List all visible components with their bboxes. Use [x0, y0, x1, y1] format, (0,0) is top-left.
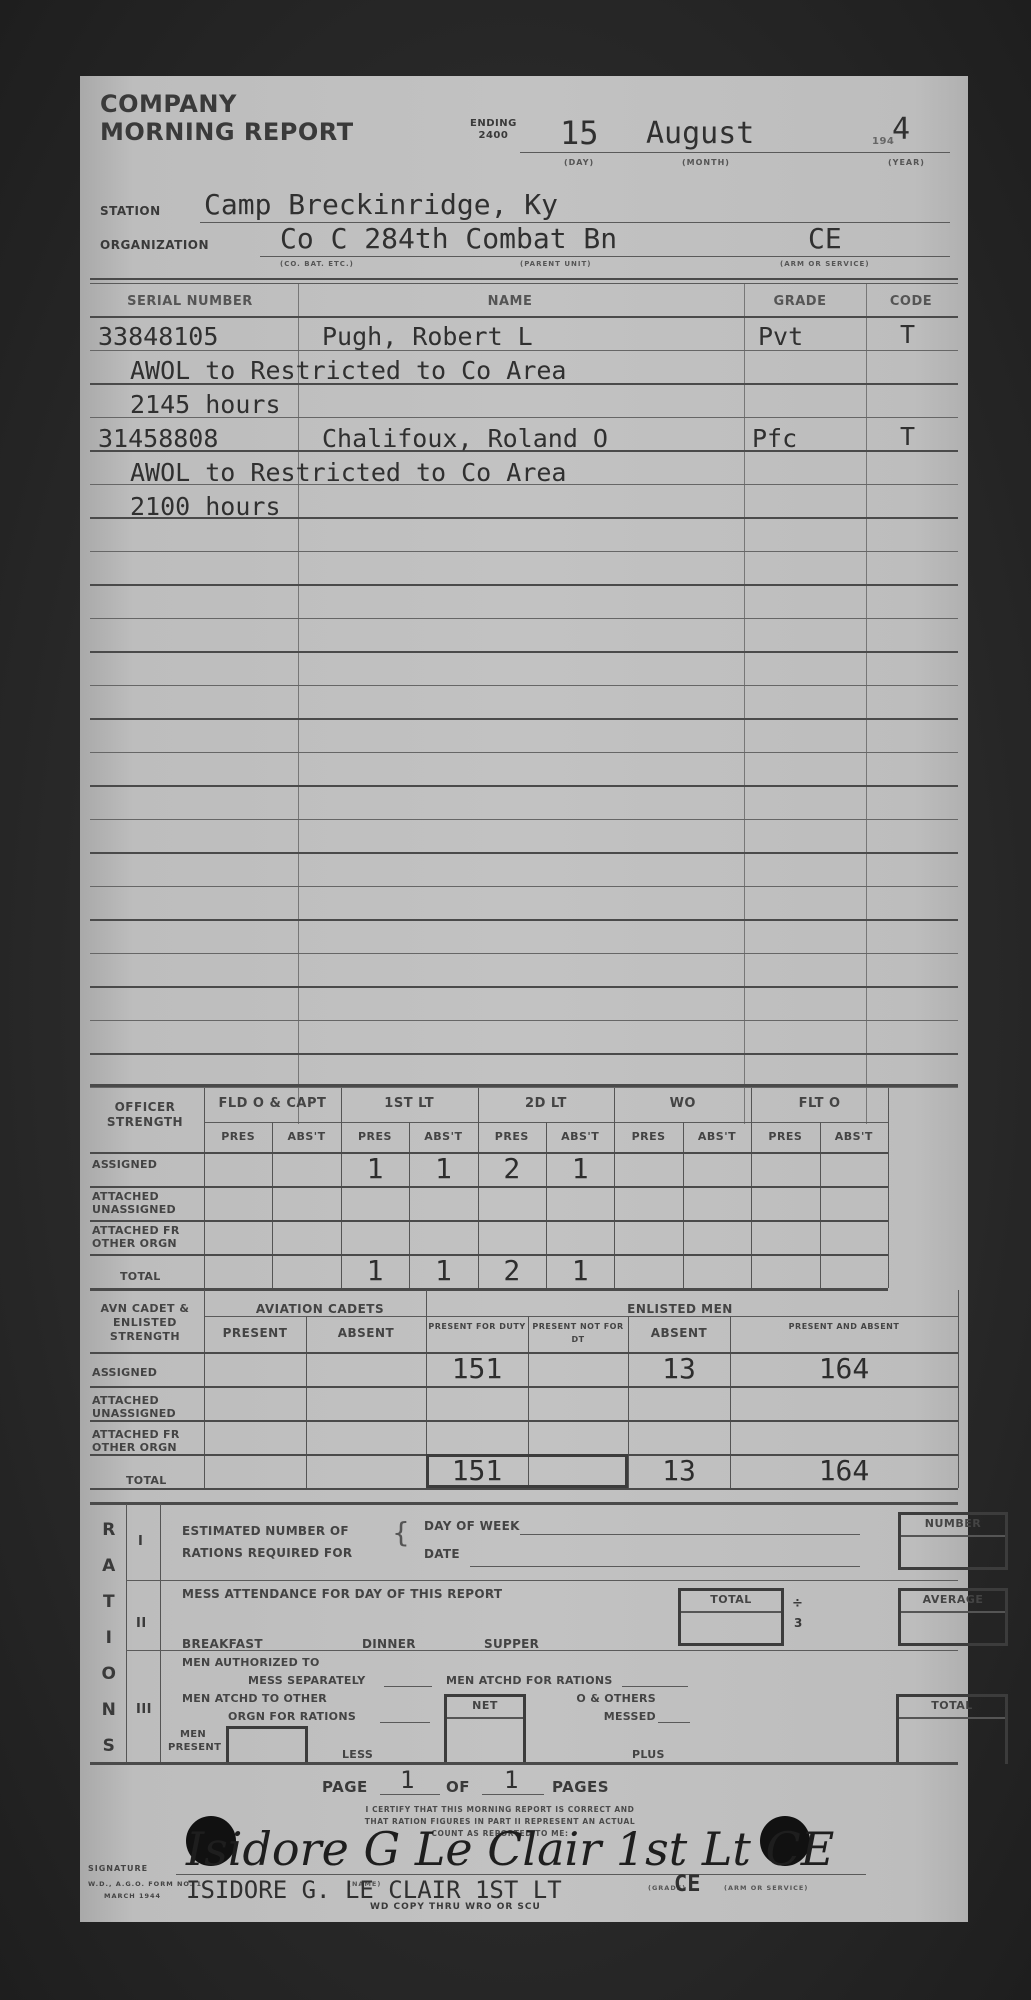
section-i-label-2: RATIONS REQUIRED FOR: [182, 1542, 352, 1564]
org-sublabel-arm-service: (ARM OR SERVICE): [780, 260, 870, 268]
number-box-label: NUMBER: [901, 1517, 1005, 1530]
enlisted-cell: 164: [730, 1454, 958, 1487]
men-present-box[interactable]: [226, 1726, 308, 1764]
ledger-rule: [90, 919, 958, 921]
ending-label-2: 2400: [470, 130, 517, 142]
rations-letter: N: [94, 1692, 124, 1728]
org-sublabel-parent-unit: (PARENT UNIT): [520, 260, 591, 268]
mess-attendance-title: MESS ATTENDANCE FOR DAY OF THIS REPORT: [182, 1588, 502, 1601]
enlisted-subheader: ABSENT: [306, 1326, 426, 1340]
men-authorized-label-1: MEN AUTHORIZED TO: [182, 1656, 320, 1669]
section-iii-numeral: III: [136, 1702, 152, 1717]
officer-row-attached-unassigned: ATTACHED UNASSIGNED: [92, 1190, 192, 1216]
table-top-rule: [90, 278, 958, 280]
officer-row-rule: [90, 1220, 888, 1222]
officer-subheader: PRES: [478, 1130, 546, 1143]
ending-label: ENDING 2400: [470, 118, 517, 142]
rations-letter-divider: [126, 1504, 127, 1762]
men-present-label-2: PRESENT: [168, 1741, 218, 1754]
officer-cell: 2: [478, 1254, 546, 1287]
entry-2-remark: AWOL to Restricted to Co Area: [130, 458, 567, 487]
enlisted-row-attached-other: ATTACHED FR OTHER ORGN: [92, 1428, 192, 1454]
rations-letter: S: [94, 1728, 124, 1764]
pages-label: PAGES: [552, 1778, 609, 1796]
officer-subheader: PRES: [614, 1130, 682, 1143]
date-underline: [520, 152, 950, 153]
station-value: Camp Breckinridge, Ky: [204, 188, 558, 221]
o-others-label-1: O & OTHERS: [566, 1692, 656, 1705]
o-others-messed-field[interactable]: [658, 1722, 690, 1723]
men-authorized-label-2: MESS SEPARATELY: [248, 1674, 366, 1687]
entry-2-code: T: [900, 422, 915, 451]
officer-subheader: PRES: [751, 1130, 819, 1143]
attendance-total-divider: [681, 1611, 781, 1613]
date-field[interactable]: [470, 1566, 860, 1567]
header-grade: GRADE: [740, 294, 860, 309]
date-label: DATE: [424, 1548, 460, 1561]
ledger-rule: [90, 886, 958, 887]
section-i-bottom-rule: [126, 1580, 958, 1581]
enlisted-men-header: ENLISTED MEN: [580, 1302, 780, 1316]
officer-row-rule: [90, 1186, 888, 1188]
wd-copy-note: WD COPY THRU WRO OR SCU: [370, 1902, 541, 1912]
ledger-rule: [90, 618, 958, 619]
officer-col-rule: [751, 1088, 752, 1288]
officer-subheader: ABS'T: [546, 1130, 614, 1143]
net-box[interactable]: NET: [444, 1694, 526, 1764]
entry-1-serial: 33848105: [98, 322, 218, 351]
enlisted-col-rule: [958, 1290, 959, 1488]
entry-1-grade: Pvt: [758, 322, 803, 351]
men-atchd-other-label-2: ORGN FOR RATIONS: [228, 1710, 356, 1723]
average-box-label: AVERAGE: [901, 1593, 1005, 1606]
rations-letter: A: [94, 1548, 124, 1584]
ledger-rule: [90, 819, 958, 820]
average-box[interactable]: AVERAGE: [898, 1588, 1008, 1646]
men-present-label: MEN PRESENT: [168, 1728, 218, 1754]
rations-top-rule: [90, 1502, 958, 1505]
col-divider-code: [866, 284, 867, 1124]
header-serial-number: SERIAL NUMBER: [100, 294, 280, 309]
enlisted-row-total: TOTAL: [126, 1474, 167, 1487]
enlisted-row-assigned: ASSIGNED: [92, 1366, 157, 1379]
o-others-label-2: MESSED: [566, 1710, 656, 1723]
org-sublabel-company: (CO. BAT. ETC.): [280, 260, 354, 268]
officer-strength-top-rule: [90, 1084, 958, 1087]
certify-line-1: I CERTIFY THAT THIS MORNING REPORT IS CO…: [280, 1804, 720, 1816]
enlisted-cell: 164: [730, 1352, 958, 1385]
organization-underline: [260, 256, 950, 257]
officer-group-3: WO: [614, 1096, 751, 1111]
officer-row-rule: [90, 1288, 888, 1291]
enlisted-subheader: ABSENT: [628, 1326, 730, 1340]
officer-row-total: TOTAL: [120, 1270, 161, 1283]
rations-numeral-divider: [160, 1504, 161, 1762]
page-label: PAGE: [322, 1778, 368, 1796]
morning-report-card: COMPANY MORNING REPORT ENDING 2400 15 Au…: [80, 76, 968, 1922]
section-ii-numeral: II: [136, 1616, 147, 1631]
day-value: 15: [560, 114, 599, 152]
officer-cell: 1: [409, 1152, 477, 1185]
ending-label-1: ENDING: [470, 118, 517, 130]
section-iii-total-label: TOTAL: [899, 1699, 1005, 1712]
typed-officer-name: ISIDORE G. LE CLAIR 1ST LT: [186, 1876, 562, 1904]
page-count-underline: [482, 1794, 544, 1795]
ledger-rule: [90, 718, 958, 720]
organization-value: Co C 284th Combat Bn: [280, 222, 617, 255]
officer-group-4: FLT O: [751, 1096, 888, 1111]
entry-2-time: 2100 hours: [130, 492, 281, 521]
section-ii-bottom-rule: [126, 1650, 958, 1651]
attendance-total-box[interactable]: TOTAL: [678, 1588, 784, 1646]
officer-col-rule: [888, 1088, 889, 1288]
officer-subheader: ABS'T: [272, 1130, 340, 1143]
ledger-rule: [90, 986, 958, 988]
enlisted-group-rule: [204, 1316, 958, 1317]
col-divider-name: [298, 284, 299, 1124]
entry-1-code: T: [900, 320, 915, 349]
day-of-week-field[interactable]: [520, 1534, 860, 1535]
officer-cell: 1: [546, 1254, 614, 1287]
less-label: LESS: [342, 1748, 373, 1761]
divide-icon: ÷: [792, 1596, 803, 1611]
enlisted-cell: 13: [628, 1454, 730, 1487]
officer-group-1: 1ST LT: [341, 1096, 478, 1111]
officer-group-2: 2D LT: [478, 1096, 615, 1111]
brace-icon: {: [392, 1516, 410, 1549]
organization-label: ORGANIZATION: [100, 238, 209, 252]
entry-1-time: 2145 hours: [130, 390, 281, 419]
section-iii-total-box[interactable]: TOTAL: [896, 1694, 1008, 1764]
enlisted-cell: 151: [426, 1352, 528, 1385]
enlisted-row-rule: [90, 1386, 958, 1388]
enlisted-cell: 151: [426, 1454, 528, 1487]
rations-letter: O: [94, 1656, 124, 1692]
number-box-divider: [901, 1535, 1005, 1537]
title-line-2: MORNING REPORT: [100, 118, 354, 146]
average-box-divider: [901, 1611, 1005, 1613]
officer-cell: 1: [546, 1152, 614, 1185]
section-i-numeral: I: [138, 1534, 143, 1549]
title-line-1: COMPANY: [100, 90, 354, 118]
col-divider-grade: [744, 284, 745, 1124]
ledger-rule: [90, 852, 958, 854]
form-title: COMPANY MORNING REPORT: [100, 90, 354, 146]
typed-arm-service: CE: [674, 1872, 701, 1897]
officer-strength-title: OFFICER STRENGTH: [90, 1100, 200, 1130]
ledger-rule: [90, 1053, 958, 1055]
ledger-rule: [90, 752, 958, 753]
table-top-rule-2: [90, 283, 958, 284]
net-box-label: NET: [447, 1699, 523, 1712]
rations-side-label: RATIONS: [94, 1512, 124, 1764]
aviation-cadets-header: AVIATION CADETS: [220, 1302, 420, 1316]
officer-subheader: PRES: [341, 1130, 409, 1143]
entry-2-name: Chalifoux, Roland O: [322, 424, 608, 453]
officer-cell: 2: [478, 1152, 546, 1185]
month-label: (MONTH): [682, 158, 730, 167]
day-label: (DAY): [564, 158, 594, 167]
ledger-rule: [90, 953, 958, 954]
number-box[interactable]: NUMBER: [898, 1512, 1008, 1570]
ledger-rule: [90, 785, 958, 787]
section-i-label-1: ESTIMATED NUMBER OF: [182, 1520, 352, 1542]
divide-by-value: 3: [794, 1616, 803, 1630]
enlisted-subheader: PRESENT FOR DUTY: [426, 1320, 528, 1333]
ledger-rule: [90, 1020, 958, 1021]
header-code: CODE: [868, 294, 954, 309]
enlisted-subheader: PRESENT NOT FOR DT: [528, 1320, 628, 1346]
officer-row-assigned: ASSIGNED: [92, 1158, 157, 1171]
officer-row-attached-other: ATTACHED FR OTHER ORGN: [92, 1224, 192, 1250]
orgn-for-rations-field[interactable]: [380, 1722, 430, 1723]
officer-cell: 1: [409, 1254, 477, 1287]
enlisted-subheader: PRESENT: [204, 1326, 306, 1340]
enlisted-subheader: PRESENT AND ABSENT: [730, 1320, 958, 1333]
signature-label: SIGNATURE: [88, 1864, 148, 1873]
officer-subheader: ABS'T: [820, 1130, 888, 1143]
entry-1-name: Pugh, Robert L: [322, 322, 533, 351]
section-i-label: ESTIMATED NUMBER OF RATIONS REQUIRED FOR: [182, 1520, 352, 1564]
page-number: 1: [400, 1766, 414, 1794]
attendance-total-label: TOTAL: [681, 1593, 781, 1606]
officer-subheader: ABS'T: [683, 1130, 751, 1143]
form-number: W.D., A.G.O. FORM NO. 1: [88, 1880, 202, 1888]
men-atchd-rations-field[interactable]: [622, 1686, 688, 1687]
station-label: STATION: [100, 204, 161, 218]
enlisted-row-rule: [90, 1488, 958, 1490]
rations-letter: T: [94, 1584, 124, 1620]
rations-letter: R: [94, 1512, 124, 1548]
year-digit: 4: [892, 112, 910, 147]
section-iii-total-divider: [899, 1717, 1005, 1719]
mess-separately-field[interactable]: [384, 1686, 432, 1687]
officer-col-rule: [683, 1122, 684, 1288]
ledger-rule: [90, 584, 958, 586]
handwritten-signature: Isidore G Le Clair 1st Lt CE: [186, 1822, 834, 1876]
plus-label: PLUS: [632, 1748, 665, 1761]
officer-col-rule: [204, 1088, 205, 1288]
men-atchd-other-label-1: MEN ATCHD TO OTHER: [182, 1692, 327, 1705]
arm-or-service-value: CE: [808, 222, 842, 255]
officer-col-rule: [614, 1088, 615, 1288]
officer-col-rule: [820, 1122, 821, 1288]
enlisted-cell: 13: [628, 1352, 730, 1385]
signature-line[interactable]: [176, 1874, 866, 1875]
header-name: NAME: [300, 294, 720, 309]
month-value: August: [646, 116, 754, 151]
rations-bottom-rule: [90, 1762, 958, 1765]
officer-group-0: FLD O & CAPT: [204, 1096, 341, 1111]
entry-2-serial: 31458808: [98, 424, 218, 453]
men-present-label-1: MEN: [168, 1728, 218, 1741]
ledger-rule: [90, 316, 958, 318]
officer-col-rule: [272, 1122, 273, 1288]
enlisted-row-attached-unassigned: ATTACHED UNASSIGNED: [92, 1394, 192, 1420]
entry-2-grade: Pfc: [752, 424, 797, 453]
enlisted-col-rule: [204, 1290, 205, 1488]
enlisted-row-rule: [90, 1420, 958, 1422]
entry-1-remark: AWOL to Restricted to Co Area: [130, 356, 567, 385]
page-number-underline: [380, 1794, 440, 1795]
day-of-week-label: DAY OF WEEK: [424, 1520, 520, 1533]
net-box-divider: [447, 1717, 523, 1719]
rations-letter: I: [94, 1620, 124, 1656]
officer-subheader: PRES: [204, 1130, 272, 1143]
officer-cell: 1: [341, 1152, 409, 1185]
ledger-rule: [90, 551, 958, 552]
page-count: 1: [504, 1766, 518, 1794]
enlisted-col-rule: [306, 1316, 307, 1488]
of-label: OF: [446, 1778, 470, 1796]
officer-subheader: ABS'T: [409, 1130, 477, 1143]
ledger-rule: [90, 685, 958, 686]
year-label: (YEAR): [888, 158, 925, 167]
men-atchd-rations-label: MEN ATCHD FOR RATIONS: [446, 1674, 613, 1687]
ledger-rule: [90, 651, 958, 653]
officer-cell: 1: [341, 1254, 409, 1287]
arm-service-label: (ARM OR SERVICE): [724, 1884, 808, 1892]
enlisted-strength-title: AVN CADET & ENLISTED STRENGTH: [90, 1302, 200, 1344]
form-date: MARCH 1944: [104, 1892, 161, 1900]
